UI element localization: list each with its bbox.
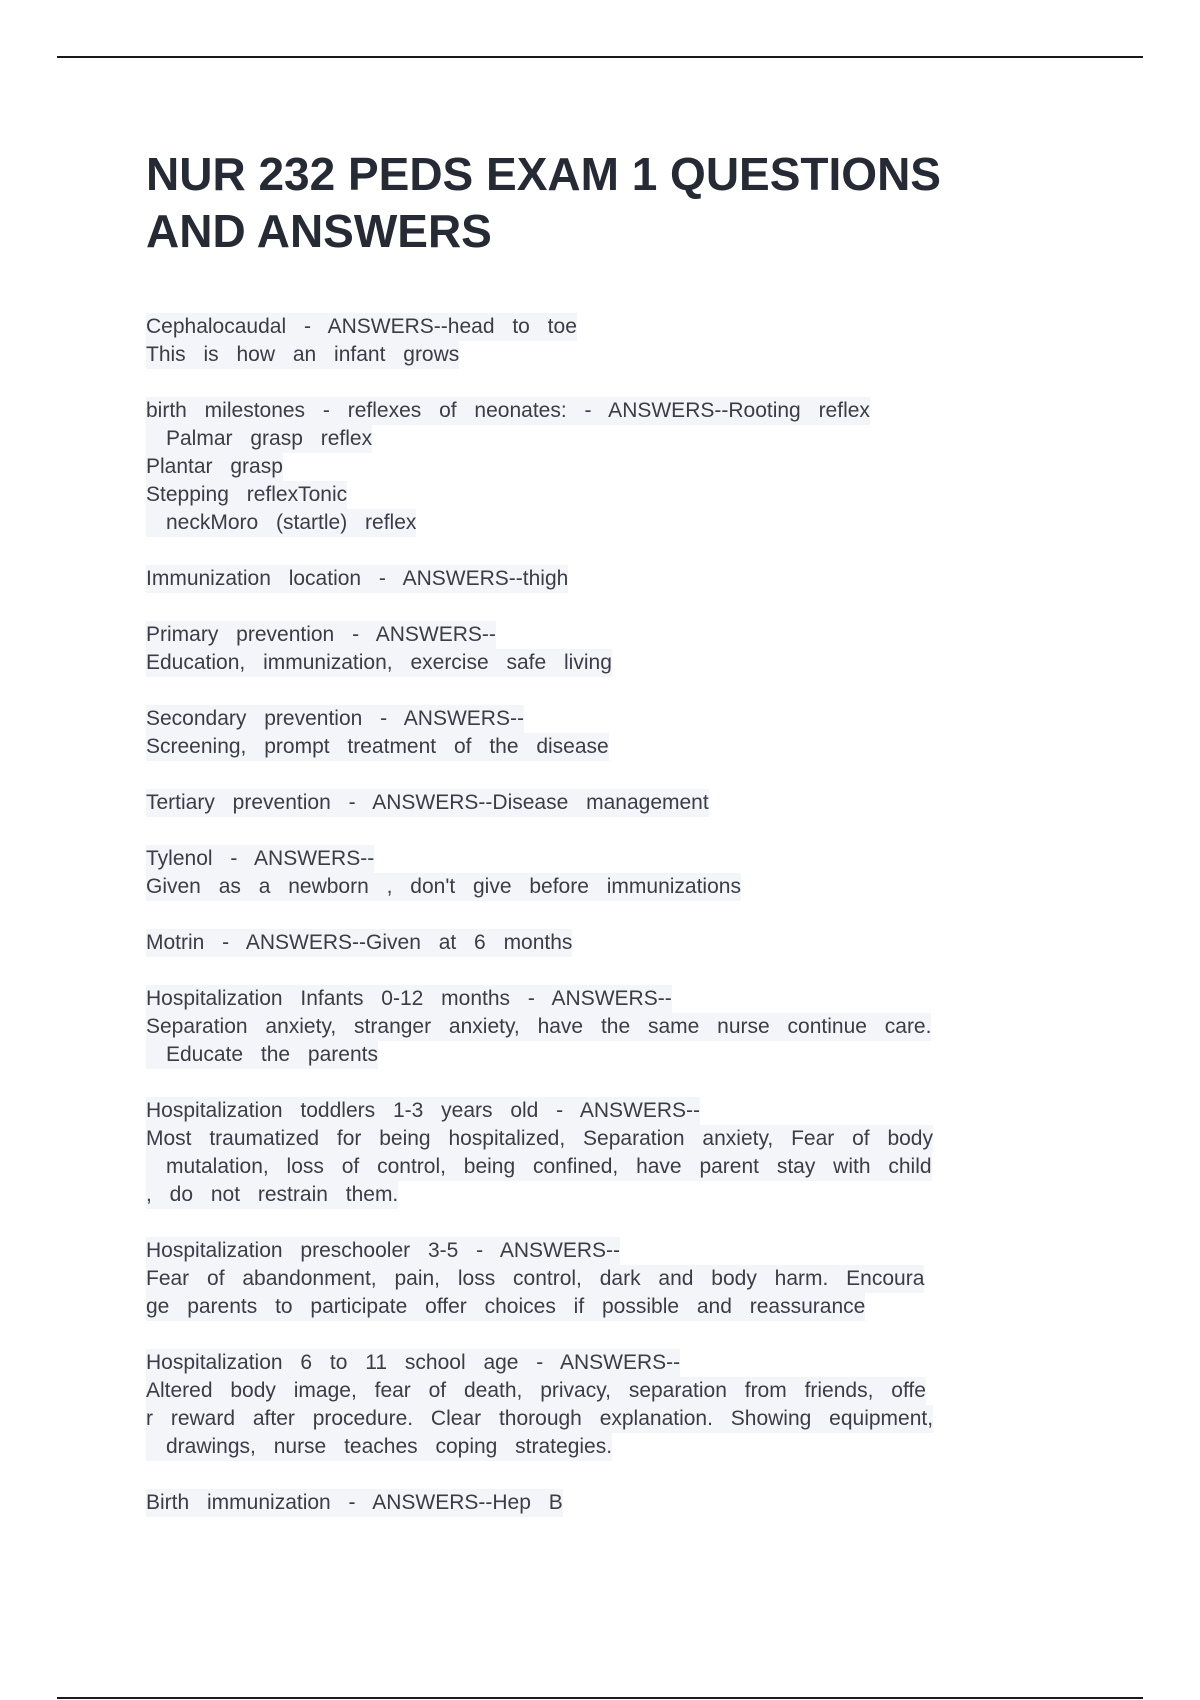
qa-answer-line: Altered body image, fear of death, priva… <box>146 1377 926 1405</box>
qa-item: Immunization location - ANSWERS--thigh <box>146 565 1066 593</box>
qa-question: Hospitalization Infants 0-12 months - AN… <box>146 985 672 1013</box>
qa-item: Birth immunization - ANSWERS--Hep B <box>146 1489 1066 1517</box>
qa-answer-line: Palmar grasp reflex <box>146 425 372 453</box>
qa-item: Tylenol - ANSWERS--Given as a newborn , … <box>146 845 1066 901</box>
qa-question: Cephalocaudal - ANSWERS--head to toe <box>146 313 577 341</box>
qa-answer-line: drawings, nurse teaches coping strategie… <box>146 1433 612 1461</box>
qa-answer-line: Plantar grasp <box>146 453 283 481</box>
qa-question: Birth immunization - ANSWERS--Hep B <box>146 1489 563 1517</box>
qa-answer-line: r reward after procedure. Clear thorough… <box>146 1405 933 1433</box>
qa-question: Hospitalization 6 to 11 school age - ANS… <box>146 1349 680 1377</box>
qa-item: Hospitalization Infants 0-12 months - AN… <box>146 985 1066 1069</box>
qa-question: Immunization location - ANSWERS--thigh <box>146 565 568 593</box>
qa-question: Tylenol - ANSWERS-- <box>146 845 374 873</box>
title-line-2: AND ANSWERS <box>146 205 492 257</box>
bottom-rule <box>57 1697 1143 1699</box>
qa-question: birth milestones - reflexes of neonates:… <box>146 397 870 425</box>
qa-answer-line: Screening, prompt treatment of the disea… <box>146 733 609 761</box>
qa-item: Secondary prevention - ANSWERS--Screenin… <box>146 705 1066 761</box>
qa-item: Hospitalization 6 to 11 school age - ANS… <box>146 1349 1066 1461</box>
qa-answer-line: , do not restrain them. <box>146 1181 398 1209</box>
qa-question: Hospitalization toddlers 1-3 years old -… <box>146 1097 700 1125</box>
top-rule <box>57 56 1143 58</box>
qa-item: Cephalocaudal - ANSWERS--head to toeThis… <box>146 313 1066 369</box>
qa-question: Tertiary prevention - ANSWERS--Disease m… <box>146 789 709 817</box>
qa-answer-line: mutalation, loss of control, being confi… <box>146 1153 932 1181</box>
qa-item: Tertiary prevention - ANSWERS--Disease m… <box>146 789 1066 817</box>
qa-item: Primary prevention - ANSWERS--Education,… <box>146 621 1066 677</box>
qa-item: Hospitalization toddlers 1-3 years old -… <box>146 1097 1066 1209</box>
qa-question: Hospitalization preschooler 3-5 - ANSWER… <box>146 1237 620 1265</box>
qa-answer-line: Educate the parents <box>146 1041 378 1069</box>
document-title: NUR 232 PEDS EXAM 1 QUESTIONS AND ANSWER… <box>146 146 1046 260</box>
qa-answer-line: Stepping reflexTonic <box>146 481 347 509</box>
qa-answer-line: Separation anxiety, stranger anxiety, ha… <box>146 1013 931 1041</box>
qa-question: Secondary prevention - ANSWERS-- <box>146 705 524 733</box>
qa-question: Primary prevention - ANSWERS-- <box>146 621 496 649</box>
qa-question: Motrin - ANSWERS--Given at 6 months <box>146 929 572 957</box>
qa-item: Motrin - ANSWERS--Given at 6 months <box>146 929 1066 957</box>
qa-answer-line: Education, immunization, exercise safe l… <box>146 649 612 677</box>
qa-item: birth milestones - reflexes of neonates:… <box>146 397 1066 537</box>
title-line-1: NUR 232 PEDS EXAM 1 QUESTIONS <box>146 148 941 200</box>
qa-answer-line: Given as a newborn , don't give before i… <box>146 873 741 901</box>
qa-list: Cephalocaudal - ANSWERS--head to toeThis… <box>146 313 1066 1545</box>
qa-answer-line: ge parents to participate offer choices … <box>146 1293 865 1321</box>
qa-item: Hospitalization preschooler 3-5 - ANSWER… <box>146 1237 1066 1321</box>
qa-answer-line: This is how an infant grows <box>146 341 459 369</box>
qa-answer-line: Most traumatized for being hospitalized,… <box>146 1125 933 1153</box>
qa-answer-line: Fear of abandonment, pain, loss control,… <box>146 1265 924 1293</box>
qa-answer-line: neckMoro (startle) reflex <box>146 509 416 537</box>
